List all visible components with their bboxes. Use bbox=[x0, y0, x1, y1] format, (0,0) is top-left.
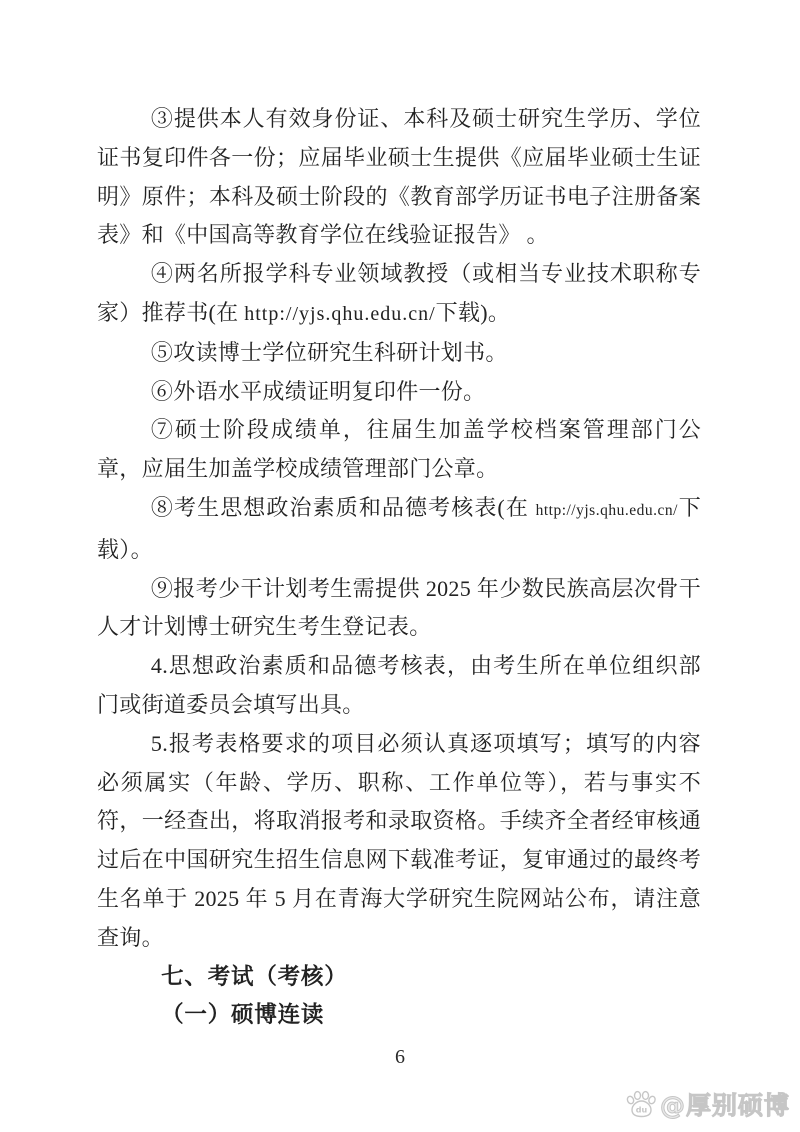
paragraph-item-4: ④两名所报学科专业领域教授（或相当专业技术职称专家）推荐书(在 http://y… bbox=[97, 255, 701, 334]
paragraph-text: ⑧考生思想政治素质和品德考核表(在 bbox=[151, 495, 536, 520]
paragraph-item-5-form-rules: 5.报考表格要求的项目必须认真逐项填写；填写的内容必须属实（年龄、学历、职称、工… bbox=[97, 725, 701, 958]
paragraph-text: 下载)。 bbox=[436, 300, 511, 325]
paragraph-text: ⑥外语水平成绩证明复印件一份。 bbox=[151, 379, 486, 404]
paragraph-text: ⑦硕士阶段成绩单，往届生加盖学校档案管理部门公章，应届生加盖学校成绩管理部门公章… bbox=[97, 417, 701, 481]
heading-text: 七、考试（考核） bbox=[161, 964, 347, 989]
paragraph-item-8: ⑧考生思想政治素质和品德考核表(在 http://yjs.qhu.edu.cn/… bbox=[97, 489, 701, 570]
paragraph-text: ⑨报考少干计划考生需提供 2025 年少数民族高层次骨干人才计划博士研究生考生登… bbox=[97, 576, 701, 640]
document-page: ③提供本人有效身份证、本科及硕士研究生学历、学位证书复印件各一份；应届毕业硕士生… bbox=[0, 0, 800, 1132]
paragraph-item-6: ⑥外语水平成绩证明复印件一份。 bbox=[97, 373, 701, 412]
paragraph-item-4-materials: 4.思想政治素质和品德考核表，由考生所在单位组织部门或街道委员会填写出具。 bbox=[97, 647, 701, 725]
paragraph-item-3: ③提供本人有效身份证、本科及硕士研究生学历、学位证书复印件各一份；应届毕业硕士生… bbox=[97, 100, 701, 255]
download-url: http://yjs.qhu.edu.cn/ bbox=[244, 303, 435, 325]
download-url: http://yjs.qhu.edu.cn/ bbox=[536, 502, 678, 519]
paragraph-item-5: ⑤攻读博士学位研究生科研计划书。 bbox=[97, 334, 701, 373]
page-number: 6 bbox=[0, 1046, 800, 1069]
paw-icon: du bbox=[625, 1089, 657, 1119]
watermark-handle: @厚别硕博 bbox=[660, 1086, 790, 1122]
paw-icon-label: du bbox=[636, 1106, 648, 1115]
paragraph-item-9: ⑨报考少干计划考生需提供 2025 年少数民族高层次骨干人才计划博士研究生考生登… bbox=[97, 570, 701, 648]
paragraph-item-7: ⑦硕士阶段成绩单，往届生加盖学校档案管理部门公章，应届生加盖学校成绩管理部门公章… bbox=[97, 411, 701, 489]
paragraph-text: ⑤攻读博士学位研究生科研计划书。 bbox=[151, 340, 508, 365]
subsection-heading-shuobo: （一）硕博连读 bbox=[97, 996, 701, 1035]
section-heading-exam: 七、考试（考核） bbox=[97, 958, 701, 997]
document-body: ③提供本人有效身份证、本科及硕士研究生学历、学位证书复印件各一份；应届毕业硕士生… bbox=[97, 100, 701, 1035]
heading-text: （一）硕博连读 bbox=[161, 1002, 324, 1027]
paragraph-text: 5.报考表格要求的项目必须认真逐项填写；填写的内容必须属实（年龄、学历、职称、工… bbox=[97, 731, 701, 950]
watermark: du @厚别硕博 bbox=[625, 1086, 790, 1122]
paragraph-text: 4.思想政治素质和品德考核表，由考生所在单位组织部门或街道委员会填写出具。 bbox=[97, 653, 701, 717]
paragraph-text: ③提供本人有效身份证、本科及硕士研究生学历、学位证书复印件各一份；应届毕业硕士生… bbox=[97, 106, 701, 247]
